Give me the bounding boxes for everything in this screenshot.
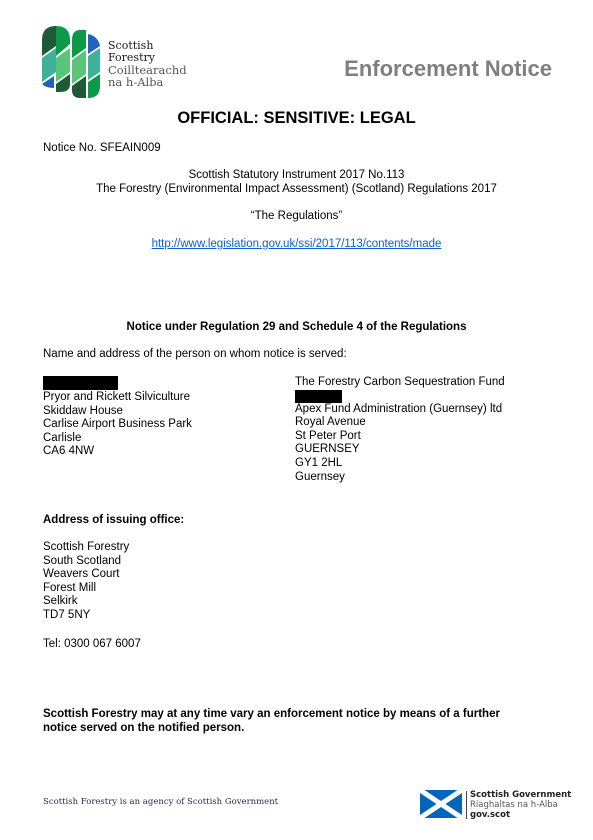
recipient-right-line: Guernsey [295,471,505,485]
issuing-office-line: Scottish Forestry [43,541,129,555]
classification-heading: OFFICIAL: SENSITIVE: LEGAL [0,109,593,128]
logo-name-gd-2: na h-Alba [108,76,187,88]
saltire-flag-icon [420,790,462,823]
recipient-left-line: Skiddaw House [43,405,192,419]
issuing-office-address: Scottish Forestry South Scotland Weavers… [43,541,129,623]
gov-line-2: Riaghaltas na h-Alba [470,800,571,810]
notice-heading: Notice under Regulation 29 and Schedule … [0,321,593,333]
served-label: Name and address of the person on whom n… [43,348,347,362]
scottish-forestry-logo-icon [40,26,102,98]
recipient-right-line: GUERNSEY [295,443,505,457]
recipient-right-line: Royal Avenue [295,416,505,430]
redacted-block [295,390,342,403]
logo-wordmark: Scottish Forestry Coilltearachd na h-Alb… [108,40,187,88]
recipient-left-line: Carlise Airport Business Park [43,418,192,432]
recipient-right: The Forestry Carbon Sequestration Fund A… [295,376,505,484]
notice-number: Notice No. SFEAIN009 [43,142,161,154]
issuing-office-tel: Tel: 0300 067 6007 [43,638,141,652]
issuing-office-line: South Scotland [43,555,129,569]
recipient-right-first-line: The Forestry Carbon Sequestration Fund [295,376,505,390]
variation-notice: Scottish Forestry may at any time vary a… [43,708,500,735]
gov-line-3: gov.scot [470,810,571,820]
recipient-left-line: Carlisle [43,432,192,446]
issuing-office-label: Address of issuing office: [43,514,184,528]
recipient-left-line: Pryor and Rickett Silviculture [43,391,192,405]
footer-agency-text: Scottish Forestry is an agency of Scotti… [43,797,278,807]
recipient-left: Pryor and Rickett Silviculture Skiddaw H… [43,376,192,459]
recipient-left-line: CA6 4NW [43,445,192,459]
recipient-right-line: GY1 2HL [295,457,505,471]
instrument-line-1: Scottish Statutory Instrument 2017 No.11… [0,169,593,181]
regulations-short-name: “The Regulations” [0,210,593,222]
variation-notice-line-1: Scottish Forestry may at any time vary a… [43,708,500,722]
gov-logo-divider [466,791,467,819]
gov-line-1: Scottish Government [470,790,571,800]
legislation-link[interactable]: http://www.legislation.gov.uk/ssi/2017/1… [152,238,442,250]
issuing-office-line: TD7 5NY [43,609,129,623]
issuing-office-line: Forest Mill [43,582,129,596]
issuing-office-line: Selkirk [43,595,129,609]
redacted-block [43,376,118,390]
variation-notice-line-2: notice served on the notified person. [43,722,500,736]
instrument-line-2: The Forestry (Environmental Impact Asses… [0,183,593,195]
issuing-office-line: Weavers Court [43,568,129,582]
document-title: Enforcement Notice [344,56,552,82]
recipient-right-line: Apex Fund Administration (Guernsey) ltd [295,403,505,417]
recipient-right-line: St Peter Port [295,430,505,444]
scottish-government-wordmark: Scottish Government Riaghaltas na h-Alba… [470,790,571,820]
